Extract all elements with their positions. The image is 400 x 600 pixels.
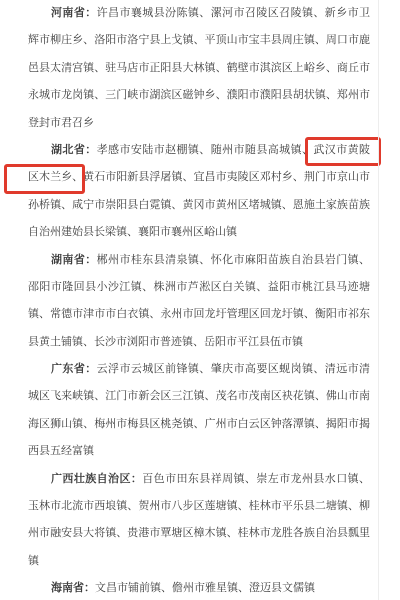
province-name: 湖北省： [51, 144, 97, 156]
text-segment: 城区飞来峡镇、江门市新会区三江镇、茂名市茂南区袂花镇、佛山市南 [28, 390, 370, 402]
text-segment: 孝感市安陆市赵棚镇、随州市随县高城镇、 [97, 144, 314, 156]
text-segment: 邵阳市隆回县小沙江镇、株洲市芦淞区白关镇、益阳市桃江县马迹塘 [28, 281, 370, 293]
text-line: 城区飞来峡镇、江门市新会区三江镇、茂名市茂南区袂花镇、佛山市南 [28, 383, 370, 410]
document-page: { "document": { "page_background": "#fff… [0, 0, 400, 600]
text-line: 登封市君召乡 [28, 110, 370, 137]
text-segment: 镇、常德市津市市白衣镇、永州市回龙圩管理区回龙圩镇、衡阳市祁东 [28, 308, 370, 320]
text-segment: 云浮市云城区前锋镇、肇庆市高要区蚬岗镇、清远市清 [97, 363, 370, 375]
paragraph-hubei: 湖北省：孝感市安陆市赵棚镇、随州市随县高城镇、武汉市黄陂区木兰乡、黄石市阳新县浮… [28, 137, 370, 247]
province-name: 海南省： [51, 582, 95, 594]
text-segment: 镇 [28, 555, 39, 567]
text-segment: 孙桥镇、咸宁市崇阳县白霓镇、黄冈市黄州区堵城镇、恩施土家族苗族 [28, 199, 370, 211]
text-line: 邵阳市隆回县小沙江镇、株洲市芦淞区白关镇、益阳市桃江县马迹塘 [28, 274, 370, 301]
text-line: 广东省：云浮市云城区前锋镇、肇庆市高要区蚬岗镇、清远市清 [28, 356, 370, 383]
text-line: 县黄土铺镇、长沙市浏阳市普迹镇、岳阳市平江县伍市镇 [28, 329, 370, 356]
text-line: 辉市柳庄乡、洛阳市洛宁县上戈镇、平顶山市宝丰县周庄镇、周口市鹿 [28, 27, 370, 54]
text-line: 海区狮山镇、梅州市梅县区桃尧镇、广州市白云区钟落潭镇、揭阳市揭 [28, 411, 370, 438]
paragraph-henan: 河南省：许昌市襄城县汾陈镇、漯河市召陵区召陵镇、新乡市卫辉市柳庄乡、洛阳市洛宁县… [28, 0, 370, 137]
highlighted-text: 武汉市黄陂 [313, 144, 370, 156]
text-line: 区木兰乡、黄石市阳新县浮屠镇、宜昌市夷陵区邓村乡、荆门市京山市 [28, 164, 370, 191]
text-line: 湖北省：孝感市安陆市赵棚镇、随州市随县高城镇、武汉市黄陂 [28, 137, 370, 164]
text-segment: 登封市君召乡 [28, 117, 94, 129]
text-segment: 许昌市襄城县汾陈镇、漯河市召陵区召陵镇、新乡市卫 [97, 7, 370, 19]
highlighted-text: 区木兰乡 [28, 171, 72, 183]
text-line: 孙桥镇、咸宁市崇阳县白霓镇、黄冈市黄州区堵城镇、恩施土家族苗族 [28, 192, 370, 219]
text-line: 邑县太清宫镇、驻马店市正阳县大林镇、鹤壁市淇滨区上峪乡、商丘市 [28, 55, 370, 82]
text-segment: 、黄石市阳新县浮屠镇、宜昌市夷陵区邓村乡、荆门市京山市 [72, 171, 370, 183]
province-name: 广东省： [51, 363, 97, 375]
text-segment: 西县五经富镇 [28, 445, 94, 457]
text-segment: 海区狮山镇、梅州市梅县区桃尧镇、广州市白云区钟落潭镇、揭阳市揭 [28, 418, 370, 430]
text-line: 镇 [28, 548, 370, 575]
text-segment: 县黄土铺镇、长沙市浏阳市普迹镇、岳阳市平江县伍市镇 [28, 336, 303, 348]
page-edge-divider [378, 0, 379, 600]
text-line: 镇、常德市津市市白衣镇、永州市回龙圩管理区回龙圩镇、衡阳市祁东 [28, 301, 370, 328]
document-body: 河南省：许昌市襄城县汾陈镇、漯河市召陵区召陵镇、新乡市卫辉市柳庄乡、洛阳市洛宁县… [0, 0, 400, 600]
text-segment: 州市融安县大将镇、贵港市覃塘区樟木镇、桂林市龙胜各族自治县瓢里 [28, 527, 370, 539]
paragraph-guangdong: 广东省：云浮市云城区前锋镇、肇庆市高要区蚬岗镇、清远市清城区飞来峡镇、江门市新会… [28, 356, 370, 466]
province-name: 湖南省： [51, 254, 97, 266]
text-segment: 辉市柳庄乡、洛阳市洛宁县上戈镇、平顶山市宝丰县周庄镇、周口市鹿 [28, 34, 370, 46]
text-line: 河南省：许昌市襄城县汾陈镇、漯河市召陵区召陵镇、新乡市卫 [28, 0, 370, 27]
text-line: 广西壮族自治区：百色市田东县祥周镇、崇左市龙州县水口镇、 [28, 466, 370, 493]
text-segment: 文昌市铺前镇、儋州市雅星镇、澄迈县文儒镇 [95, 582, 315, 594]
paragraph-guangxi: 广西壮族自治区：百色市田东县祥周镇、崇左市龙州县水口镇、玉林市北流市西埌镇、贺州… [28, 466, 370, 576]
text-line: 西县五经富镇 [28, 438, 370, 465]
text-segment: 邑县太清宫镇、驻马店市正阳县大林镇、鹤壁市淇滨区上峪乡、商丘市 [28, 62, 370, 74]
text-line: 海南省：文昌市铺前镇、儋州市雅星镇、澄迈县文儒镇 [28, 575, 370, 600]
province-name: 河南省： [51, 7, 97, 19]
text-line: 自治州建始县长梁镇、襄阳市襄州区峪山镇 [28, 219, 370, 246]
text-line: 州市融安县大将镇、贵港市覃塘区樟木镇、桂林市龙胜各族自治县瓢里 [28, 520, 370, 547]
paragraph-hainan: 海南省：文昌市铺前镇、儋州市雅星镇、澄迈县文儒镇 [28, 575, 370, 600]
text-segment: 永城市龙岗镇、三门峡市湖滨区磁钟乡、濮阳市濮阳县胡状镇、郑州市 [28, 89, 370, 101]
paragraph-hunan: 湖南省：郴州市桂东县清泉镇、怀化市麻阳苗族自治县岩门镇、邵阳市隆回县小沙江镇、株… [28, 247, 370, 357]
province-name: 广西壮族自治区： [51, 473, 142, 485]
text-line: 玉林市北流市西埌镇、贺州市八步区莲塘镇、桂林市平乐县二塘镇、柳 [28, 493, 370, 520]
text-line: 永城市龙岗镇、三门峡市湖滨区磁钟乡、濮阳市濮阳县胡状镇、郑州市 [28, 82, 370, 109]
text-segment: 百色市田东县祥周镇、崇左市龙州县水口镇、 [142, 473, 370, 485]
text-segment: 郴州市桂东县清泉镇、怀化市麻阳苗族自治县岩门镇、 [97, 254, 370, 266]
text-line: 湖南省：郴州市桂东县清泉镇、怀化市麻阳苗族自治县岩门镇、 [28, 247, 370, 274]
text-segment: 自治州建始县长梁镇、襄阳市襄州区峪山镇 [28, 226, 237, 238]
text-segment: 玉林市北流市西埌镇、贺州市八步区莲塘镇、桂林市平乐县二塘镇、柳 [28, 500, 370, 512]
